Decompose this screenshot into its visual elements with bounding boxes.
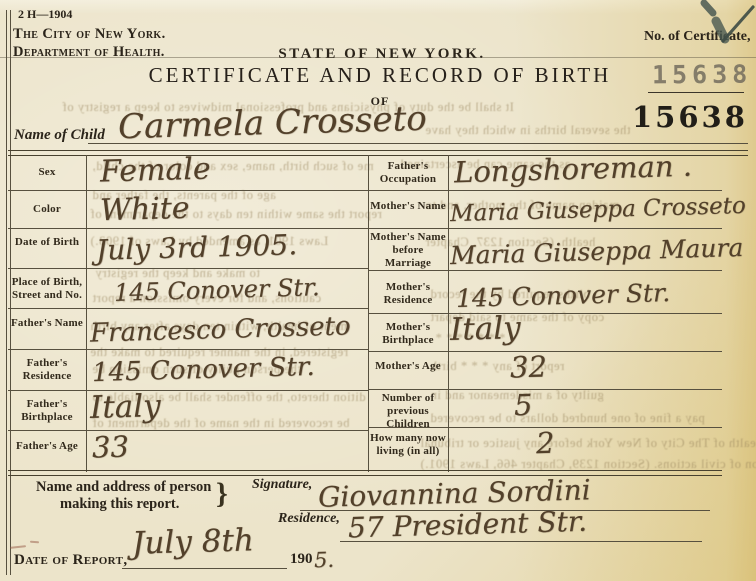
field-value-now-living: 2 bbox=[536, 426, 555, 461]
pen-scribble bbox=[10, 545, 26, 549]
child-name-line bbox=[88, 143, 748, 144]
row-line bbox=[368, 190, 722, 191]
report-person-label: making this report. bbox=[60, 496, 179, 513]
date-year-handwritten: 5. bbox=[314, 548, 335, 573]
field-label-mothers-name: Mother's Name bbox=[368, 200, 448, 213]
date-line bbox=[122, 568, 287, 569]
pen-checkmark-icon bbox=[686, 0, 756, 50]
field-label-mothers-name-before-marriage: Mother's Name before Marriage bbox=[368, 231, 448, 271]
ghost-text-line: health of The City of New York before an… bbox=[420, 436, 756, 451]
field-label-sex: Sex bbox=[8, 166, 86, 179]
row-line bbox=[8, 268, 368, 269]
date-of-report-label: Date of Report, bbox=[14, 552, 128, 569]
field-value-fathers-birthplace: Italy bbox=[90, 388, 162, 426]
residence-label: Residence, bbox=[278, 511, 340, 527]
date-of-report-handwritten: July 8th bbox=[132, 522, 255, 561]
field-label-fathers-name: Father's Name bbox=[8, 317, 86, 330]
row-line bbox=[8, 430, 368, 431]
table-divider bbox=[86, 155, 87, 472]
field-value-fathers-age: 33 bbox=[92, 429, 130, 464]
pen-scribble bbox=[30, 541, 39, 544]
field-label-place-of-birth: Place of Birth, Street and No. bbox=[8, 276, 86, 302]
header-rule bbox=[0, 57, 756, 58]
field-value-place-of-birth: 145 Conover Str. bbox=[114, 273, 320, 307]
row-line bbox=[368, 228, 722, 229]
row-line bbox=[8, 308, 368, 309]
field-label-previous-children: Number of previous Children bbox=[368, 392, 448, 432]
row-line bbox=[8, 228, 368, 229]
table-bottom-double-rule bbox=[8, 470, 722, 476]
report-person-label: Name and address of person bbox=[36, 479, 211, 496]
field-value-mothers-birthplace: Italy bbox=[450, 310, 522, 348]
field-value-previous-children: 5 bbox=[514, 388, 533, 423]
row-line bbox=[368, 313, 722, 314]
field-value-mothers-residence: 145 Conover Str. bbox=[456, 278, 671, 313]
field-label-fathers-occupation: Father's Occupation bbox=[368, 160, 448, 186]
field-label-now-living: How many now living (in all) bbox=[368, 432, 448, 458]
form-number: 2 H—1904 bbox=[18, 7, 72, 22]
field-value-date-of-birth: July 3rd 1905. bbox=[96, 228, 298, 267]
residence-line bbox=[340, 541, 702, 542]
field-label-fathers-birthplace: Father's Birthplace bbox=[8, 398, 86, 424]
field-label-mothers-age: Mother's Age bbox=[368, 360, 448, 373]
department-heading: Department of Health. bbox=[13, 44, 165, 61]
field-label-mothers-residence: Mother's Residence bbox=[368, 281, 448, 307]
stamp-divider-line bbox=[648, 92, 744, 93]
brace-glyph: } bbox=[216, 477, 228, 511]
residence-value: 57 President Str. bbox=[348, 505, 588, 545]
field-label-fathers-age: Father's Age bbox=[8, 440, 86, 453]
field-value-color: White bbox=[100, 191, 191, 228]
field-value-sex: Female bbox=[100, 151, 212, 189]
ghost-text-line: the several births in which they have bbox=[425, 123, 630, 138]
field-label-fathers-residence: Father's Residence bbox=[8, 357, 86, 383]
birth-certificate-page: It shall be the duty of physicians and p… bbox=[0, 0, 756, 581]
city-heading: The City of New York. bbox=[13, 26, 166, 43]
child-name-label: Name of Child bbox=[14, 127, 105, 144]
signature-label: Signature, bbox=[252, 477, 312, 493]
field-value-fathers-occupation: Longshoreman . bbox=[454, 149, 693, 190]
certificate-number-stamp-bold: 15638 bbox=[632, 100, 748, 134]
state-heading: STATE OF NEW YORK. bbox=[232, 46, 532, 63]
field-value-fathers-name: Francesco Crosseto bbox=[90, 311, 351, 348]
row-line bbox=[368, 389, 722, 390]
field-label-mothers-birthplace: Mother's Birthplace bbox=[368, 321, 448, 347]
field-label-color: Color bbox=[8, 203, 86, 216]
date-printed-century: 190 bbox=[290, 551, 313, 568]
field-label-date-of-birth: Date of Birth bbox=[8, 236, 86, 249]
row-line bbox=[8, 390, 368, 391]
child-name-value: Carmela Crosseto bbox=[118, 99, 428, 148]
ghost-text-line: pay a fine of one hundred dollars to be … bbox=[430, 411, 705, 426]
row-line bbox=[8, 349, 368, 350]
field-value-fathers-residence: 145 Conover Str. bbox=[92, 352, 315, 388]
certificate-title: CERTIFICATE AND RECORD OF BIRTH bbox=[140, 63, 620, 88]
field-value-mothers-age: 32 bbox=[510, 349, 548, 384]
certificate-number-stamp-light: 15638 bbox=[652, 60, 753, 90]
